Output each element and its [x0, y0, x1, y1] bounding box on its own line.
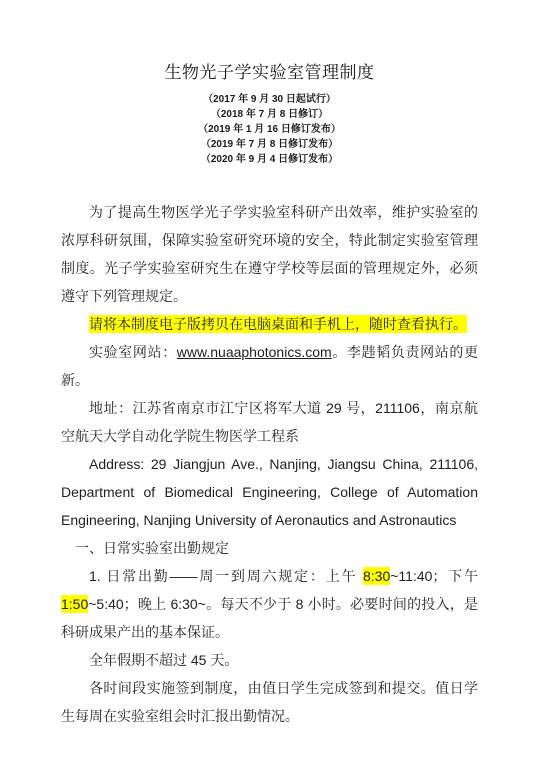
notice-paragraph: 请将本制度电子版拷贝在电脑桌面和手机上，随时查看执行。	[61, 310, 478, 338]
revision-line: （2018 年 7 月 8 日修订）	[61, 107, 478, 122]
revision-line: （2019 年 7 月 8 日修订发布）	[61, 137, 478, 152]
highlight-afternoon-time: 1:50	[61, 595, 88, 613]
document-page: 生物光子学实验室管理制度 （2017 年 9 月 30 日起试行） （2018 …	[0, 0, 538, 761]
attendance-rule-text: 1. 日常出勤——周一到周六规定：上午	[89, 568, 363, 584]
document-title: 生物光子学实验室管理制度	[61, 60, 478, 86]
revision-line: （2020 年 9 月 4 日修订发布）	[61, 152, 478, 167]
attendance-rule-paragraph: 1. 日常出勤——周一到周六规定：上午 8:30~11:40；下午 1:50~5…	[61, 562, 478, 646]
attendance-rule-text: ~11:40；下午	[390, 568, 478, 584]
website-link[interactable]: www.nuaaphotonics.com	[177, 344, 332, 360]
address-en-paragraph: Address: 29 Jiangjun Ave., Nanjing, Jian…	[61, 450, 478, 534]
revision-history: （2017 年 9 月 30 日起试行） （2018 年 7 月 8 日修订） …	[61, 92, 478, 167]
address-cn-paragraph: 地址：江苏省南京市江宁区将军大道 29 号，211106，南京航空航天大学自动化…	[61, 394, 478, 450]
revision-line: （2017 年 9 月 30 日起试行）	[61, 92, 478, 107]
highlight-morning-time: 8:30	[363, 567, 390, 585]
holiday-rule-paragraph: 全年假期不超过 45 天。	[61, 646, 478, 674]
attendance-rule-text: ~5:40；晚上 6:30~。每天不少于 8 小时。必要时间的投入，是科研成果产…	[61, 596, 478, 640]
intro-paragraph: 为了提高生物医学光子学实验室科研产出效率，维护实验室的浓厚科研氛围，保障实验室研…	[61, 198, 478, 310]
section-heading: 一、日常实验室出勤规定	[61, 534, 478, 562]
website-paragraph: 实验室网站：www.nuaaphotonics.com。李韪韬负责网站的更新。	[61, 338, 478, 394]
highlighted-notice: 请将本制度电子版拷贝在电脑桌面和手机上，随时查看执行。	[89, 315, 467, 333]
website-label: 实验室网站：	[89, 344, 177, 360]
revision-line: （2019 年 1 月 16 日修订发布）	[61, 122, 478, 137]
signin-rule-paragraph: 各时间段实施签到制度，由值日学生完成签到和提交。值日学生每周在实验室组会时汇报出…	[61, 674, 478, 730]
document-body: 为了提高生物医学光子学实验室科研产出效率，维护实验室的浓厚科研氛围，保障实验室研…	[61, 198, 478, 730]
